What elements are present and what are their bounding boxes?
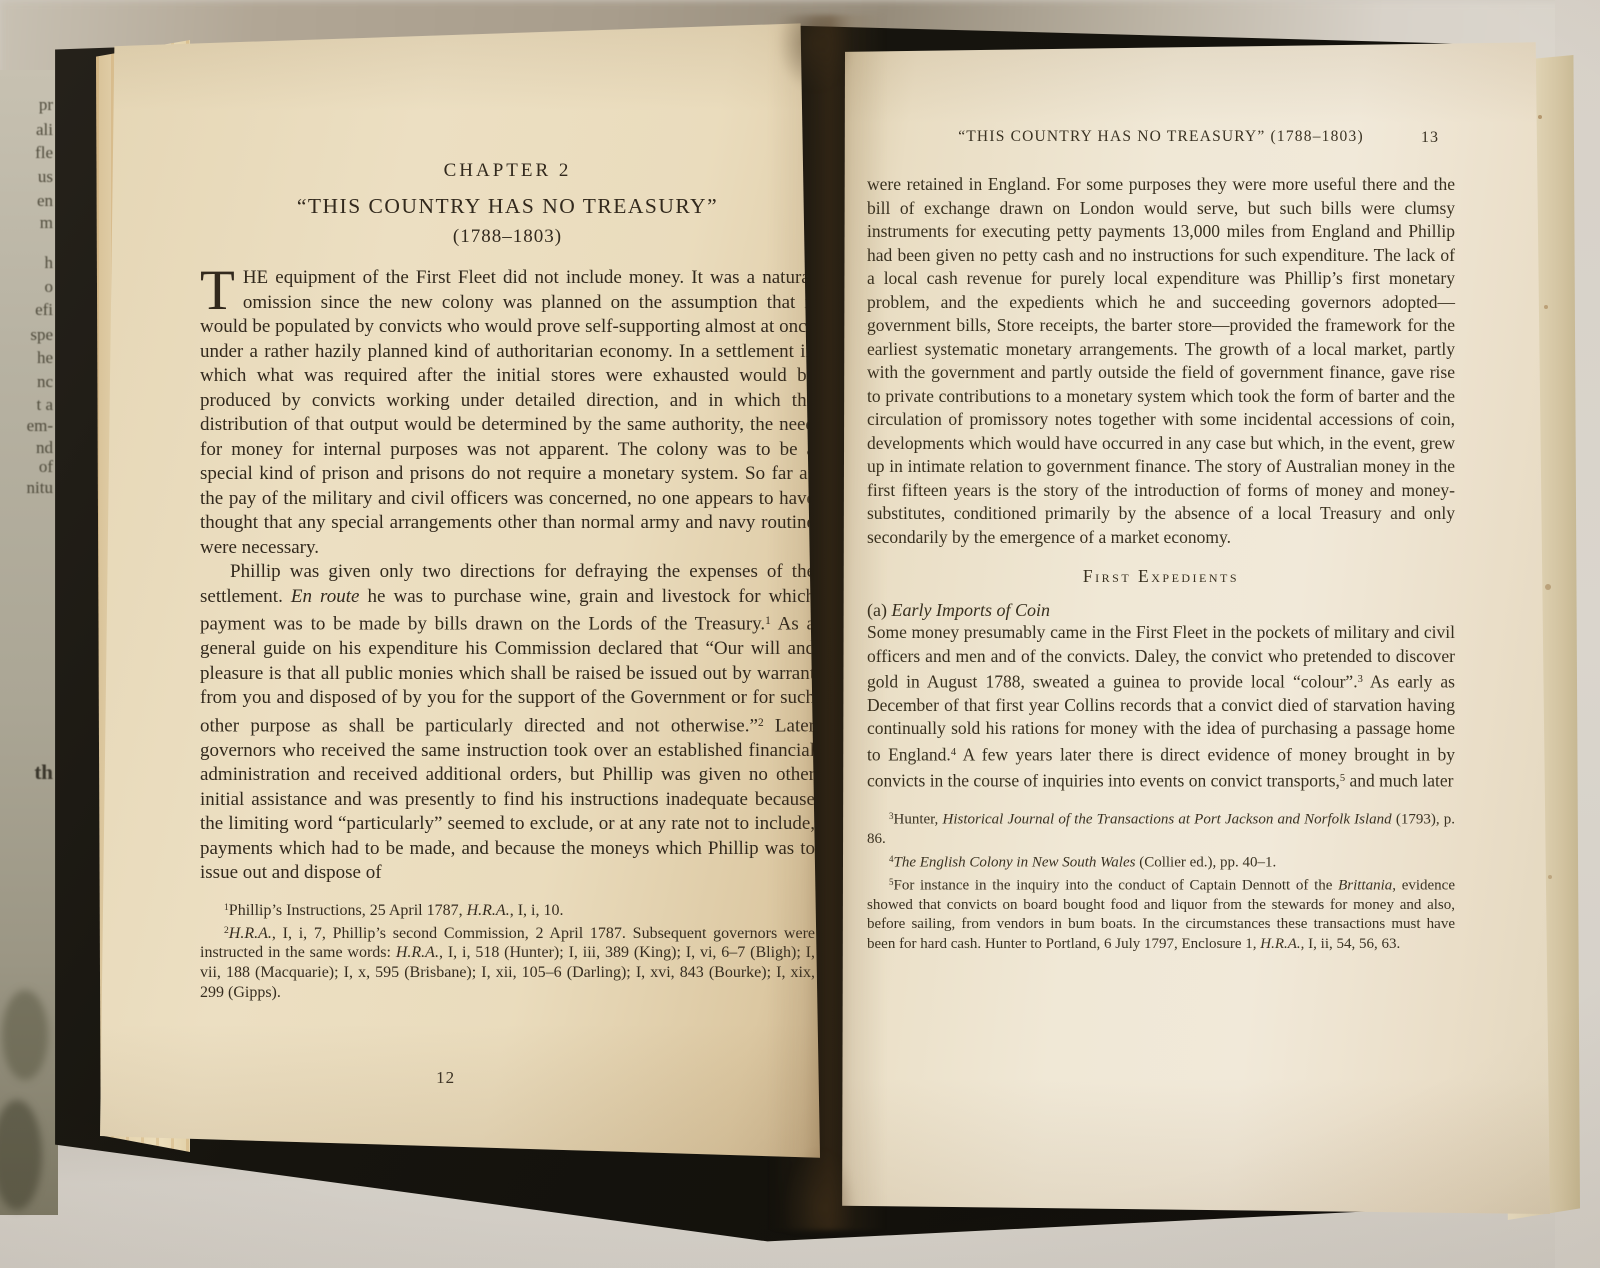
footnote: 5For instance in the inquiry into the co…: [867, 873, 1455, 955]
right-page-content: “THIS COUNTRY HAS NO TREASURY” (1788–180…: [867, 128, 1455, 954]
page-text-fragment: nitu: [27, 478, 53, 498]
page-text-fragment: t a: [36, 395, 53, 415]
underlying-page-illustration: [0, 1100, 42, 1210]
page-text-fragment: us: [38, 167, 53, 187]
footnote: 4The English Colony in New South Wales (…: [867, 850, 1455, 873]
page-text-fragment: spe: [30, 325, 53, 345]
chapter-dates: (1788–1803): [200, 226, 815, 248]
footnote: 1Phillip’s Instructions, 25 April 1787, …: [200, 898, 815, 921]
page-text-fragment: en: [37, 191, 53, 211]
page-text-fragment: em-: [27, 416, 53, 436]
page-text-fragment: of: [39, 457, 53, 477]
page-text-fragment: fle: [35, 143, 53, 163]
page-text-fragment: nc: [37, 372, 53, 392]
chapter-title: “THIS COUNTRY HAS NO TREASURY”: [200, 194, 815, 219]
page-text-fragment: ali: [36, 120, 53, 140]
section-heading: First Expedients: [867, 566, 1455, 587]
footnote: 2H.R.A., I, i, 7, Phillip’s second Commi…: [200, 921, 815, 1004]
page-text-fragment: pr: [39, 95, 53, 115]
page-text-fragment: he: [37, 348, 53, 368]
book-photograph: pr ali fle us en m h o efi spe he nc t a…: [0, 0, 1600, 1268]
page-number: 13: [1421, 129, 1439, 147]
running-head: “THIS COUNTRY HAS NO TREASURY” (1788–180…: [958, 128, 1364, 145]
page-text-fragment: efi: [35, 300, 53, 320]
page-text-fragment: nd: [36, 438, 53, 458]
paragraph: Some money presumably came in the First …: [867, 621, 1455, 792]
footnote: 3Hunter, Historical Journal of the Trans…: [867, 807, 1455, 850]
page-text-fragment-bold: th: [34, 760, 53, 785]
left-page: CHAPTER 2 “THIS COUNTRY HAS NO TREASURY”…: [100, 20, 820, 1160]
drop-cap: T: [200, 266, 243, 313]
page-text-fragment: h: [45, 253, 54, 273]
right-page: “THIS COUNTRY HAS NO TREASURY” (1788–180…: [835, 28, 1550, 1220]
body-text: were retained in England. For some purpo…: [867, 173, 1455, 549]
paragraph: were retained in England. For some purpo…: [867, 173, 1455, 549]
left-page-content: CHAPTER 2 “THIS COUNTRY HAS NO TREASURY”…: [200, 160, 815, 1003]
page-text-fragment: m: [40, 213, 53, 233]
underlying-page-illustration: [2, 990, 48, 1080]
underlying-page-edge: pr ali fle us en m h o efi spe he nc t a…: [0, 70, 58, 1215]
page-number: 12: [100, 1068, 791, 1088]
subsection-heading: (a) Early Imports of Coin: [867, 600, 1455, 621]
footnotes: 1Phillip’s Instructions, 25 April 1787, …: [200, 898, 815, 1004]
footnotes: 3Hunter, Historical Journal of the Trans…: [867, 807, 1455, 954]
page-text-fragment: o: [45, 277, 54, 297]
running-head-row: “THIS COUNTRY HAS NO TREASURY” (1788–180…: [867, 128, 1455, 146]
paragraph: Phillip was given only two directions fo…: [200, 560, 815, 886]
body-text: Some money presumably came in the First …: [867, 621, 1455, 792]
chapter-heading: CHAPTER 2: [200, 160, 815, 182]
body-text: THE equipment of the First Fleet did not…: [200, 266, 815, 886]
paragraph: THE equipment of the First Fleet did not…: [200, 266, 815, 560]
